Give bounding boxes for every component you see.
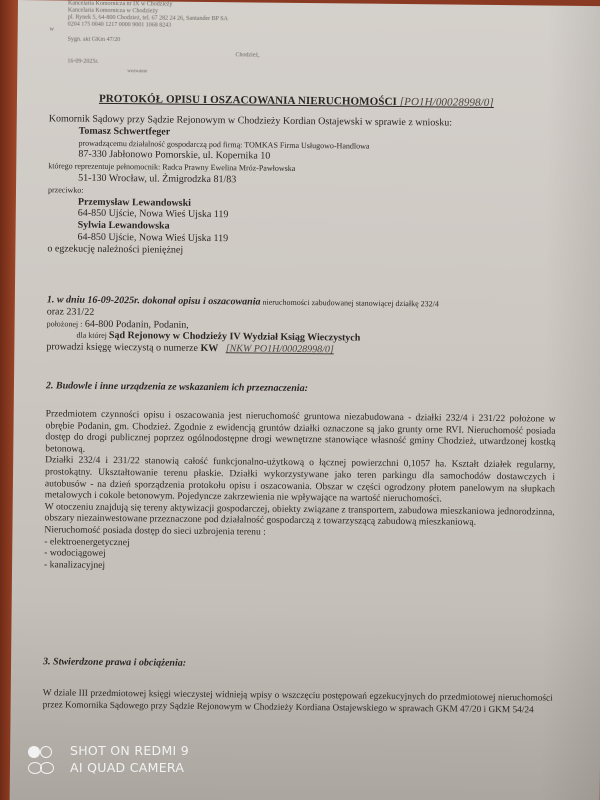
section-2-heading: 2. Budowle i inne urządzenia ze wskazani…: [46, 380, 308, 394]
watermark-line2: AI QUAD CAMERA: [70, 759, 184, 776]
utilities-list: - elektroenergetycznej - wodociągowej - …: [44, 536, 554, 576]
city-label: Chodzież,: [235, 52, 259, 58]
section-1-lead-rest: nieruchomości zabudowanej stanowiącej dz…: [260, 298, 438, 309]
sign-note: wezwanie: [127, 69, 147, 74]
section-3-heading: 3. Stwierdzone prawa i obciążenia:: [43, 656, 186, 668]
title-kw-number: [PO1H/00028998/0]: [400, 96, 494, 109]
section-2-body: Przedmiotem czynności opisu i oszacowani…: [44, 408, 556, 576]
section-3-body: W dziale III przedmiotowej księgi wieczy…: [43, 688, 553, 717]
watermark-line1: SHOT ON REDMI 9: [70, 742, 189, 759]
letterhead: Kancelaria Komornicza nr IX w Chodzieży …: [68, 1, 228, 31]
court-prefix: dla której: [76, 331, 109, 340]
kw-number: [NKW PO1H/00028998/0]: [226, 343, 334, 355]
document-title: PROTOKÓŁ OPISU I OSZACOWANIA NIERUCHOMOŚ…: [99, 93, 494, 109]
title-main: PROTOKÓŁ OPISU I OSZACOWANIA NIERUCHOMOŚ…: [99, 93, 397, 108]
kw-label: KW: [200, 343, 218, 354]
case-reference: Sygn. akt GKm 47/20: [68, 37, 121, 44]
paragraph: Działki 232/4 i 231/22 stanowią całość f…: [45, 455, 555, 507]
intro-block: Komornik Sądowy przy Sądzie Rejonowym w …: [47, 113, 452, 259]
paragraph: W dziale III przedmiotowej księgi wieczy…: [43, 688, 553, 717]
ai-infinity-icon: [26, 760, 60, 776]
section-1-lead: 1. w dniu 16-09-2025r. dokonał opisu i o…: [47, 294, 261, 307]
location-label: położonej :: [47, 319, 83, 328]
document-page: Kancelaria Komornicza nr IX w Chodzieży …: [10, 0, 600, 800]
paragraph: Przedmiotem czynności opisu i oszacowani…: [45, 408, 555, 460]
section-1: 1. w dniu 16-09-2025r. dokonał opisu i o…: [46, 294, 439, 357]
camera-watermark: SHOT ON REDMI 9 AI QUAD CAMERA: [26, 742, 189, 776]
quad-camera-dots-icon: [26, 743, 60, 759]
margin-mark: w: [50, 26, 54, 32]
kw-prefix: prowadzi księgę wieczystą o numerze: [46, 342, 200, 355]
document-date: 16-09-2025r.: [67, 59, 98, 65]
location: 64-800 Podanin, Podanin,: [82, 318, 188, 330]
